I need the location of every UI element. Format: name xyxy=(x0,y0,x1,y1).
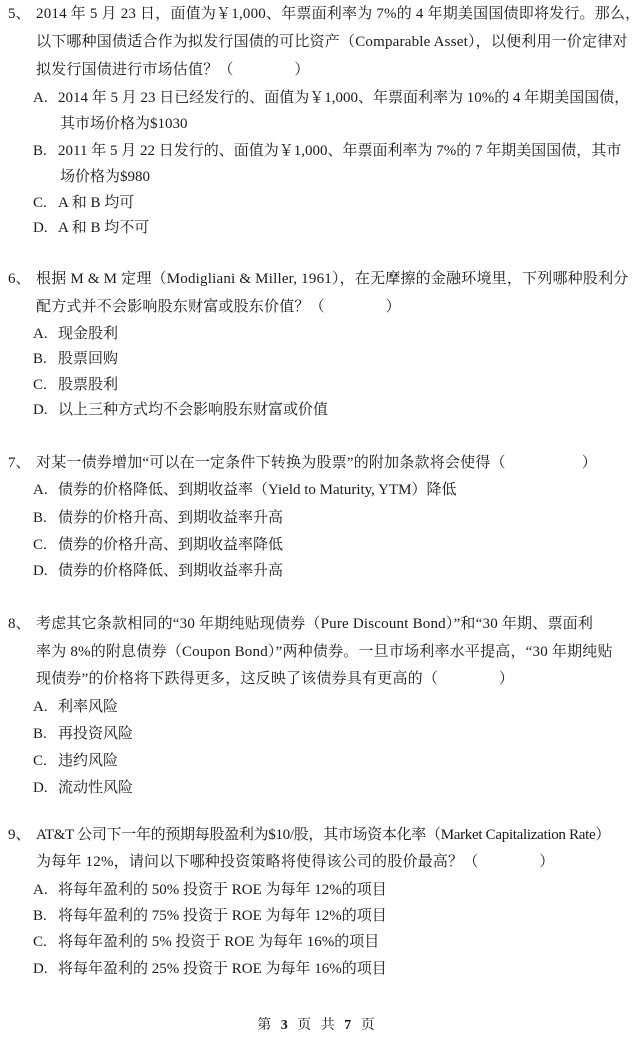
option-text: 债券的价格升高、到期收益率升高 xyxy=(58,510,283,526)
question-number: 8、 xyxy=(8,614,31,634)
option-text: 将每年盈利的 50% 投资于 ROE 为每年 12%的项目 xyxy=(58,882,387,898)
question-stem-line: 2014 年 5 月 23 日，面值为￥1,000、年票面利率为 7%的 4 年… xyxy=(36,4,635,24)
option-text: 再投资风险 xyxy=(58,726,133,742)
question-stem-line: 考虑其它条款相同的“30 年期纯贴现债券（Pure Discount Bond）… xyxy=(36,614,593,634)
question-number: 6、 xyxy=(8,269,31,289)
option-letter: C. xyxy=(33,535,58,555)
option-text-continued: 场价格为$980 xyxy=(60,167,150,187)
option-text-continued: 其市场价格为$1030 xyxy=(60,114,188,134)
option-d: D.流动性风险 xyxy=(33,778,133,798)
option-c: C.将每年盈利的 5% 投资于 ROE 为每年 16%的项目 xyxy=(33,932,379,952)
footer-suffix: 页 xyxy=(361,1018,378,1033)
option-text: 股票股利 xyxy=(58,377,118,393)
question-stem-line: AT&T 公司下一年的预期每股盈利为$10/股，其市场资本化率（Market C… xyxy=(36,825,610,845)
question-stem-line: 拟发行国债进行市场估值？（ ） xyxy=(36,60,310,80)
option-a: A.现金股利 xyxy=(33,324,118,344)
option-d: D.将每年盈利的 25% 投资于 ROE 为每年 16%的项目 xyxy=(33,959,387,979)
page-footer: 第 3 页 共 7 页 xyxy=(0,1014,635,1034)
option-text: 债券的价格降低、到期收益率（Yield to Maturity, YTM）降低 xyxy=(58,482,456,498)
option-letter: B. xyxy=(33,508,58,528)
total-pages-number: 7 xyxy=(344,1018,354,1033)
option-text: 将每年盈利的 25% 投资于 ROE 为每年 16%的项目 xyxy=(58,961,387,977)
option-letter: D. xyxy=(33,400,58,420)
option-letter: D. xyxy=(33,218,58,238)
option-text: A 和 B 均不可 xyxy=(58,220,149,236)
option-letter: C. xyxy=(33,193,58,213)
question-stem-line: 现债券”的价格将下跌得更多，这反映了该债券具有更高的（ ） xyxy=(36,669,514,689)
option-text: 债券的价格升高、到期收益率降低 xyxy=(58,537,283,553)
option-letter: A. xyxy=(33,480,58,500)
option-a: A.利率风险 xyxy=(33,697,118,717)
option-text: 股票回购 xyxy=(58,351,118,367)
option-c: C.债券的价格升高、到期收益率降低 xyxy=(33,535,283,555)
option-text: 利率风险 xyxy=(58,699,118,715)
option-letter: A. xyxy=(33,880,58,900)
option-b: B.债券的价格升高、到期收益率升高 xyxy=(33,508,283,528)
option-text: 2014 年 5 月 23 日已经发行的、面值为￥1,000、年票面利率为 10… xyxy=(58,90,629,106)
option-letter: A. xyxy=(33,697,58,717)
option-text: 将每年盈利的 5% 投资于 ROE 为每年 16%的项目 xyxy=(58,934,379,950)
question-stem-line: 配方式并不会影响股东财富或股东价值？（ ） xyxy=(36,297,401,317)
question-number: 7、 xyxy=(8,453,31,473)
option-letter: B. xyxy=(33,349,58,369)
option-text: 现金股利 xyxy=(58,326,118,342)
question-number: 5、 xyxy=(8,4,31,24)
option-text: 流动性风险 xyxy=(58,780,133,796)
option-b: B.2011 年 5 月 22 日发行的、面值为￥1,000、年票面利率为 7%… xyxy=(33,141,621,161)
option-letter: A. xyxy=(33,324,58,344)
option-text: 违约风险 xyxy=(58,753,118,769)
option-c: C.A 和 B 均可 xyxy=(33,193,134,213)
option-text: 以上三种方式均不会影响股东财富或价值 xyxy=(58,402,328,418)
option-b: B.将每年盈利的 75% 投资于 ROE 为每年 12%的项目 xyxy=(33,906,387,926)
question-stem-line: 根据 M & M 定理（Modigliani & Miller, 1961），在… xyxy=(36,269,628,289)
exam-page: 5、 2014 年 5 月 23 日，面值为￥1,000、年票面利率为 7%的 … xyxy=(0,0,635,1037)
option-letter: B. xyxy=(33,724,58,744)
option-letter: A. xyxy=(33,88,58,108)
option-d: D.债券的价格降低、到期收益率升高 xyxy=(33,561,283,581)
question-stem-line: 率为 8%的附息债券（Coupon Bond）”两种债券。一旦市场利率水平提高，… xyxy=(36,642,613,662)
option-text: 2011 年 5 月 22 日发行的、面值为￥1,000、年票面利率为 7%的 … xyxy=(58,143,621,159)
option-a: A.将每年盈利的 50% 投资于 ROE 为每年 12%的项目 xyxy=(33,880,387,900)
current-page-number: 3 xyxy=(281,1018,291,1033)
footer-middle: 页 共 xyxy=(297,1018,338,1033)
option-d: D.以上三种方式均不会影响股东财富或价值 xyxy=(33,400,328,420)
option-b: B.再投资风险 xyxy=(33,724,133,744)
option-a: A.2014 年 5 月 23 日已经发行的、面值为￥1,000、年票面利率为 … xyxy=(33,88,629,108)
option-a: A.债券的价格降低、到期收益率（Yield to Maturity, YTM）降… xyxy=(33,480,456,500)
option-d: D.A 和 B 均不可 xyxy=(33,218,149,238)
option-text: 债券的价格降低、到期收益率升高 xyxy=(58,563,283,579)
question-number: 9、 xyxy=(8,825,31,845)
footer-prefix: 第 xyxy=(257,1018,274,1033)
option-letter: B. xyxy=(33,906,58,926)
option-letter: C. xyxy=(33,751,58,771)
option-text: A 和 B 均可 xyxy=(58,195,134,211)
option-letter: C. xyxy=(33,932,58,952)
option-letter: B. xyxy=(33,141,58,161)
option-c: C.股票股利 xyxy=(33,375,118,395)
option-letter: C. xyxy=(33,375,58,395)
option-letter: D. xyxy=(33,561,58,581)
option-letter: D. xyxy=(33,778,58,798)
question-stem-line: 以下哪种国债适合作为拟发行国债的可比资产（Comparable Asset），以… xyxy=(36,32,628,52)
option-letter: D. xyxy=(33,959,58,979)
question-stem-line: 对某一债券增加“可以在一定条件下转换为股票”的附加条款将会使得（ ） xyxy=(36,453,597,473)
option-c: C.违约风险 xyxy=(33,751,118,771)
question-stem-line: 为每年 12%，请问以下哪种投资策略将使得该公司的股价最高？（ ） xyxy=(36,852,554,872)
option-b: B.股票回购 xyxy=(33,349,118,369)
option-text: 将每年盈利的 75% 投资于 ROE 为每年 12%的项目 xyxy=(58,908,387,924)
